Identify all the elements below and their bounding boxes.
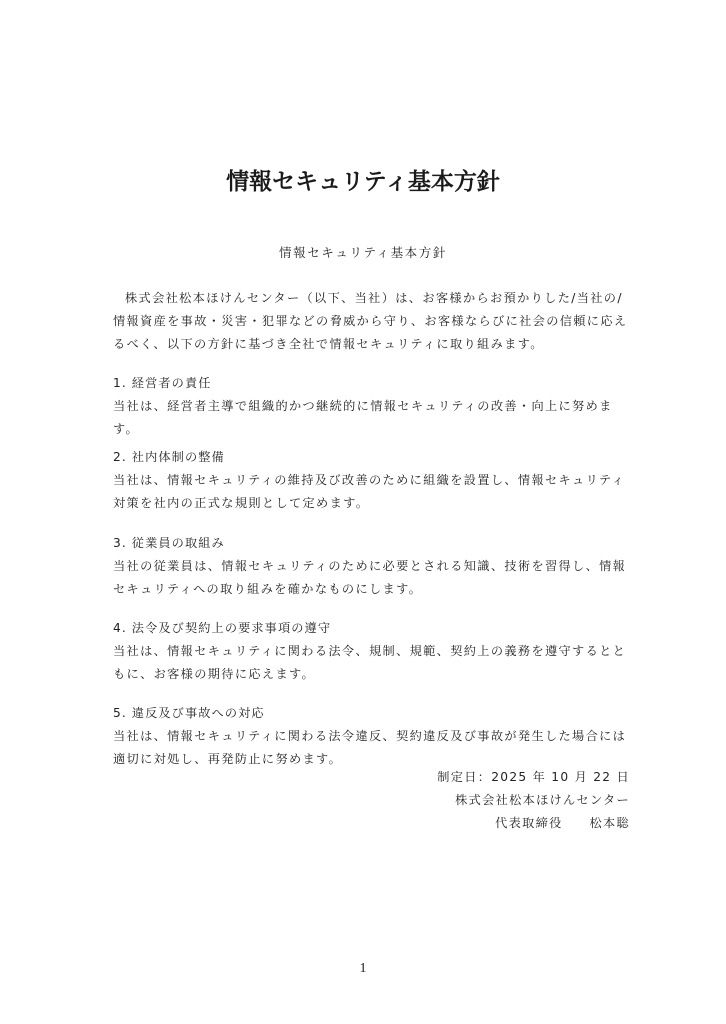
policy-section-2: 2. 社内体制の整備 当社は、情報セキュリティの維持及び改善のために組織を設置し… — [113, 446, 638, 515]
enactment-date: 制定日：2025 年 10 月 22 日 — [437, 766, 630, 789]
policy-section-1: 1. 経営者の責任 当社は、経営者主導で組織的かつ継続的に情報セキュリティの改善… — [113, 372, 638, 441]
section-text: 当社は、情報セキュリティに関わる法令、規制、規範、契約上の義務を遵守するとともに… — [113, 640, 638, 686]
page-number: 1 — [0, 961, 726, 977]
policy-section-3: 3. 従業員の取組み 当社の従業員は、情報セキュリティのために必要とされる知識、… — [113, 532, 638, 601]
section-text: 当社は、情報セキュリティに関わる法令違反、契約違反及び事故が発生した場合には適切… — [113, 725, 638, 771]
intro-paragraph: 株式会社松本ほけんセンター（以下、当社）は、お客様からお預かりした/当社の/情報… — [113, 287, 633, 356]
document-title: 情報セキュリティ基本方針 — [0, 163, 726, 196]
section-text: 当社は、情報セキュリティの維持及び改善のために組織を設置し、情報セキュリティ対策… — [113, 469, 638, 515]
section-heading: 1. 経営者の責任 — [113, 372, 638, 395]
section-heading: 4. 法令及び契約上の要求事項の遵守 — [113, 617, 638, 640]
intro-text: 株式会社松本ほけんセンター（以下、当社）は、お客様からお預かりした/当社の/情報… — [113, 287, 633, 356]
policy-section-4: 4. 法令及び契約上の要求事項の遵守 当社は、情報セキュリティに関わる法令、規制… — [113, 617, 638, 686]
company-name: 株式会社松本ほけんセンター — [437, 789, 630, 812]
section-heading: 3. 従業員の取組み — [113, 532, 638, 555]
section-heading: 2. 社内体制の整備 — [113, 446, 638, 469]
document-page: 情報セキュリティ基本方針 情報セキュリティ基本方針 株式会社松本ほけんセンター（… — [0, 0, 726, 1024]
section-text: 当社は、経営者主導で組織的かつ継続的に情報セキュリティの改善・向上に努めます。 — [113, 395, 638, 441]
section-heading: 5. 違反及び事故への対応 — [113, 702, 638, 725]
policy-section-5: 5. 違反及び事故への対応 当社は、情報セキュリティに関わる法令違反、契約違反及… — [113, 702, 638, 771]
signature-block: 制定日：2025 年 10 月 22 日 株式会社松本ほけんセンター 代表取締役… — [437, 766, 630, 835]
section-text: 当社の従業員は、情報セキュリティのために必要とされる知識、技術を習得し、情報セキ… — [113, 555, 638, 601]
representative-name: 代表取締役 松本聡 — [437, 812, 630, 835]
document-subtitle: 情報セキュリティ基本方針 — [0, 243, 726, 261]
